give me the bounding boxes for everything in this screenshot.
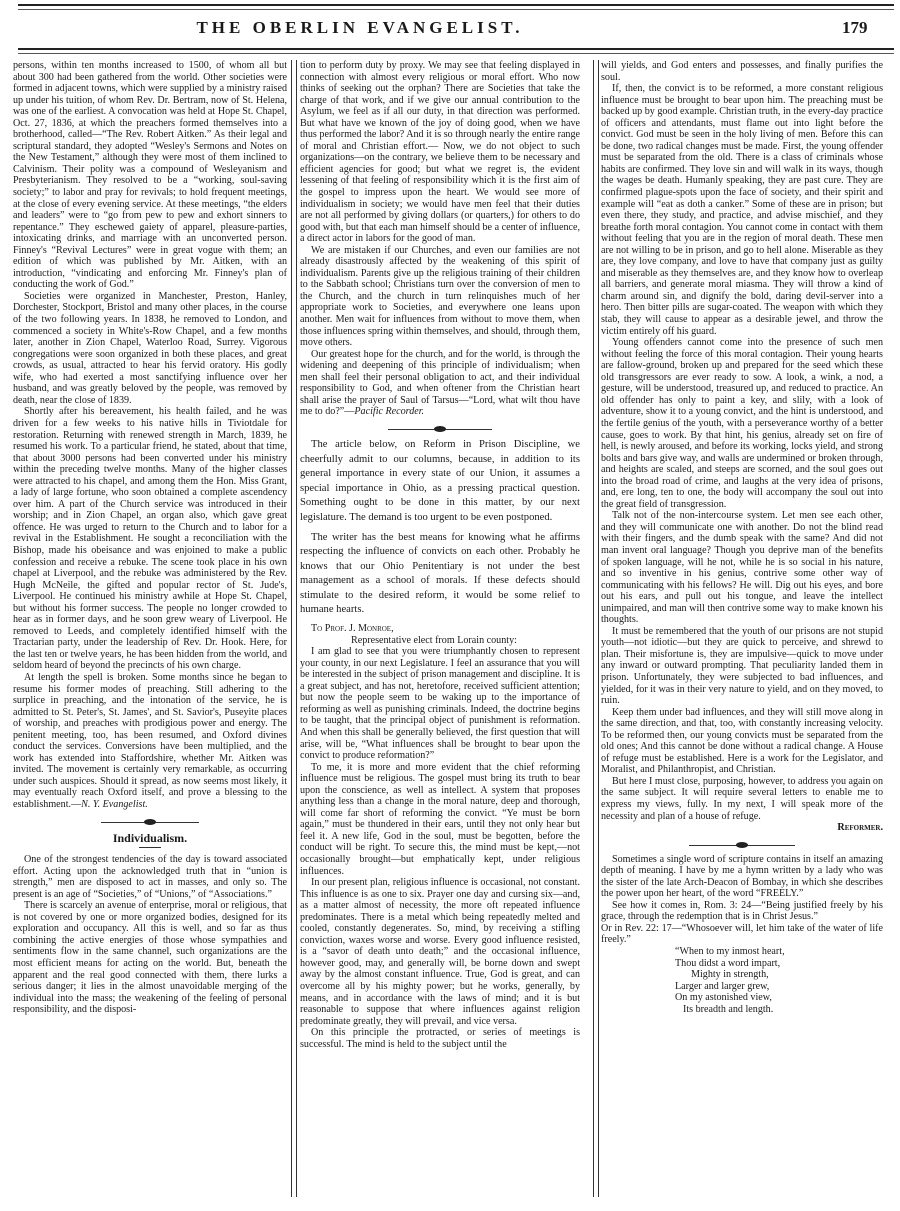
article-paragraph: persons, within ten months increased to … <box>13 60 287 291</box>
letter-paragraph: In our present plan, religious influence… <box>300 877 580 1027</box>
article-paragraph: Or in Rev. 22: 17—“Whosoever will, let h… <box>601 923 883 946</box>
article-paragraph: There is scarcely an avenue of enterpris… <box>13 900 287 1015</box>
letter-paragraph: To me, it is more and more evident that … <box>300 762 580 877</box>
hymn-verse: “When to my inmost heart, Thou didst a w… <box>601 946 883 1015</box>
page-number: 179 <box>842 18 868 38</box>
article-title-individualism: Individualism. <box>13 833 287 845</box>
section-divider-ornament <box>300 422 580 436</box>
column-divider <box>593 60 599 1197</box>
section-divider-ornament <box>13 815 287 829</box>
letter-paragraph: Young offenders cannot come into the pre… <box>601 337 883 510</box>
article-paragraph: One of the strongest tendencies of the d… <box>13 854 287 900</box>
letter-signature: Reformer. <box>601 822 883 834</box>
letter-salutation-sub: Representative elect from Lorain county: <box>300 635 580 647</box>
article-paragraph: Shortly after his bereavement, his healt… <box>13 406 287 672</box>
poem-line: Thou didst a word impart, <box>601 958 883 970</box>
article-paragraph: At length the spell is broken. Some mont… <box>13 672 287 811</box>
article-paragraph: Societies were organized in Manchester, … <box>13 291 287 406</box>
title-underline <box>139 847 161 848</box>
letter-paragraph: Talk not of the non-intercourse system. … <box>601 510 883 625</box>
article-paragraph: We are mistaken if our Churches, and eve… <box>300 245 580 349</box>
poem-line: Mighty in strength, <box>601 969 883 981</box>
paragraph-text: Our greatest hope for the church, and fo… <box>300 349 580 418</box>
letter-paragraph: If, then, the convict is to be reformed,… <box>601 83 883 337</box>
column-1: persons, within ten months increased to … <box>13 60 287 1211</box>
letter-paragraph: Keep them under bad influences, and they… <box>601 707 883 776</box>
poem-line: Its breadth and length. <box>601 1004 883 1016</box>
newspaper-title: THE OBERLIN EVANGELIST. <box>0 18 720 38</box>
source-attribution: Pacific Recorder. <box>354 406 424 417</box>
column-divider <box>291 60 297 1197</box>
source-attribution: N. Y. Evangelist. <box>81 799 148 810</box>
letter-paragraph: I am glad to see that you were triumphan… <box>300 646 580 761</box>
letter-paragraph: But here I must close, purposing, howeve… <box>601 776 883 822</box>
article-paragraph: Sometimes a single word of scripture con… <box>601 854 883 900</box>
editor-note-paragraph: The article below, on Reform in Prison D… <box>300 438 580 526</box>
letter-salutation: To Prof. J. Monroe, <box>300 623 580 635</box>
letter-paragraph: It must be remembered that the youth of … <box>601 626 883 707</box>
article-paragraph: Our greatest hope for the church, and fo… <box>300 349 580 418</box>
masthead: THE OBERLIN EVANGELIST. 179 <box>0 14 900 44</box>
masthead-top-rule <box>18 4 894 10</box>
poem-line: On my astonished view, <box>601 992 883 1004</box>
column-3: will yields, and God enters and possesse… <box>601 60 883 1211</box>
poem-line: Larger and larger grew, <box>601 981 883 993</box>
masthead-bottom-rule <box>18 48 894 54</box>
poem-line: “When to my inmost heart, <box>601 946 883 958</box>
letter-paragraph: On this principle the protracted, or ser… <box>300 1027 580 1050</box>
article-paragraph: tion to perform duty by proxy. We may se… <box>300 60 580 245</box>
article-paragraph: See how it comes in, Rom. 3: 24—“Being j… <box>601 900 883 923</box>
column-2: tion to perform duty by proxy. We may se… <box>300 60 580 1211</box>
letter-paragraph: will yields, and God enters and possesse… <box>601 60 883 83</box>
section-divider-ornament <box>601 838 883 852</box>
paragraph-text: At length the spell is broken. Some mont… <box>13 672 287 810</box>
editor-note-paragraph: The writer has the best means for knowin… <box>300 531 580 619</box>
